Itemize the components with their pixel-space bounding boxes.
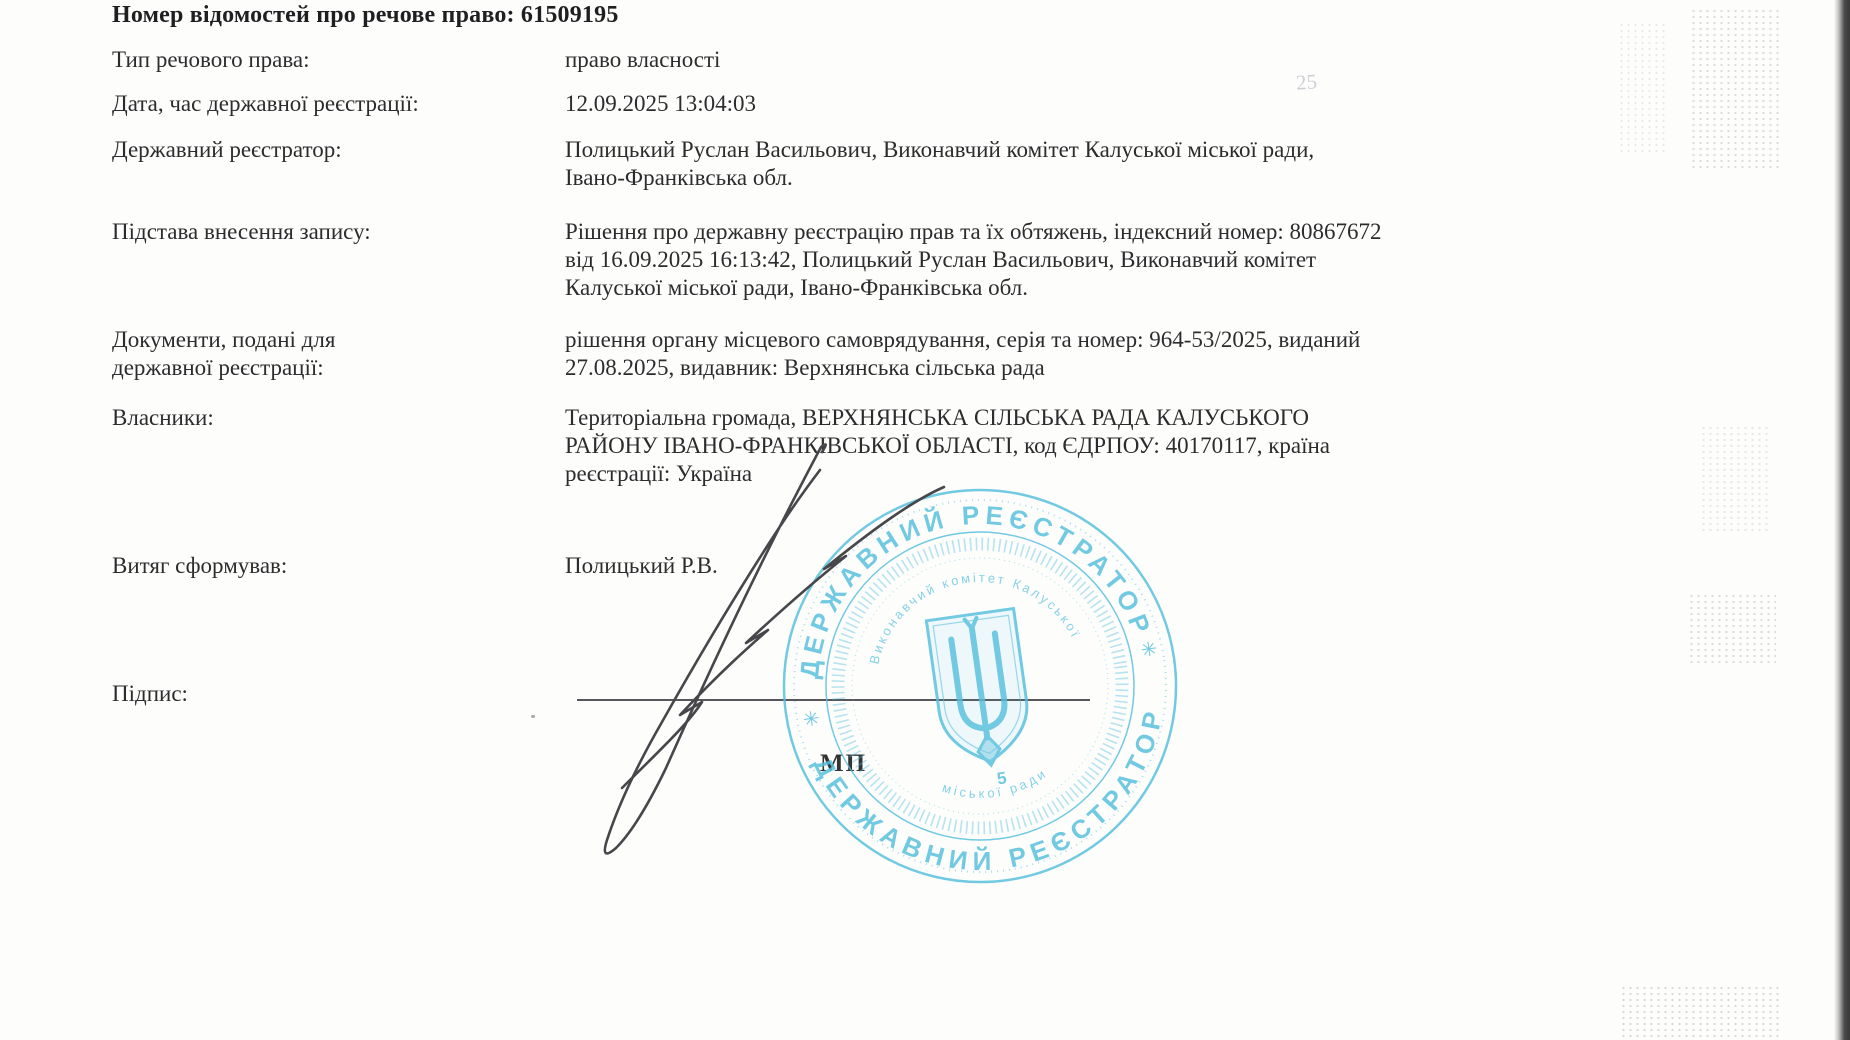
signature-label: Підпис: [112, 680, 552, 708]
field-value: Територіальна громада, ВЕРХНЯНСЬКА СІЛЬС… [565, 404, 1685, 488]
faint-pencil-mark: 25 [1295, 69, 1318, 95]
field-label: Витяг сформував: [112, 552, 552, 580]
field-label: Власники: [112, 404, 552, 432]
registrar-stamp: ДЕРЖАВНИЙ РЕЄСТРАТОР ДЕРЖАВНИЙ РЕЄСТРАТО… [780, 486, 1180, 886]
field-label: Тип речового права: [112, 46, 552, 74]
scan-noise-patch [1620, 985, 1782, 1040]
document-page: Номер відомостей про речове право: 61509… [0, 0, 1850, 1040]
stamp-digit: 5 [996, 768, 1008, 788]
field-label: Державний реєстратор: [112, 136, 552, 164]
scan-edge-shadow [1834, 0, 1850, 1040]
field-value: право власності [565, 46, 1685, 74]
field-value: Рішення про державну реєстрацію прав та … [565, 218, 1685, 302]
stamp-inner-text-bottom: міської ради [939, 766, 1050, 808]
trident-icon [926, 609, 1034, 772]
field-label: Підстава внесення запису: [112, 218, 552, 246]
field-value: рішення органу місцевого самоврядування,… [565, 326, 1685, 382]
scan-noise-patch [1688, 593, 1776, 665]
field-value: Полицький Руслан Васильович, Виконавчий … [565, 136, 1685, 192]
scan-noise-patch [1690, 8, 1782, 168]
document-title: Номер відомостей про речове право: 61509… [112, 2, 619, 29]
scan-noise-patch [1700, 425, 1768, 535]
stamp-star-icon: ✳ [802, 708, 822, 732]
scan-noise-patch [1618, 22, 1668, 152]
field-label: Дата, час державної реєстрації: [112, 90, 552, 118]
field-value: 12.09.2025 13:04:03 [565, 90, 1685, 118]
ink-dot [531, 715, 535, 718]
field-label: Документи, подані для державної реєстрац… [112, 326, 552, 382]
stamp-star-icon: ✳ [1139, 638, 1159, 662]
